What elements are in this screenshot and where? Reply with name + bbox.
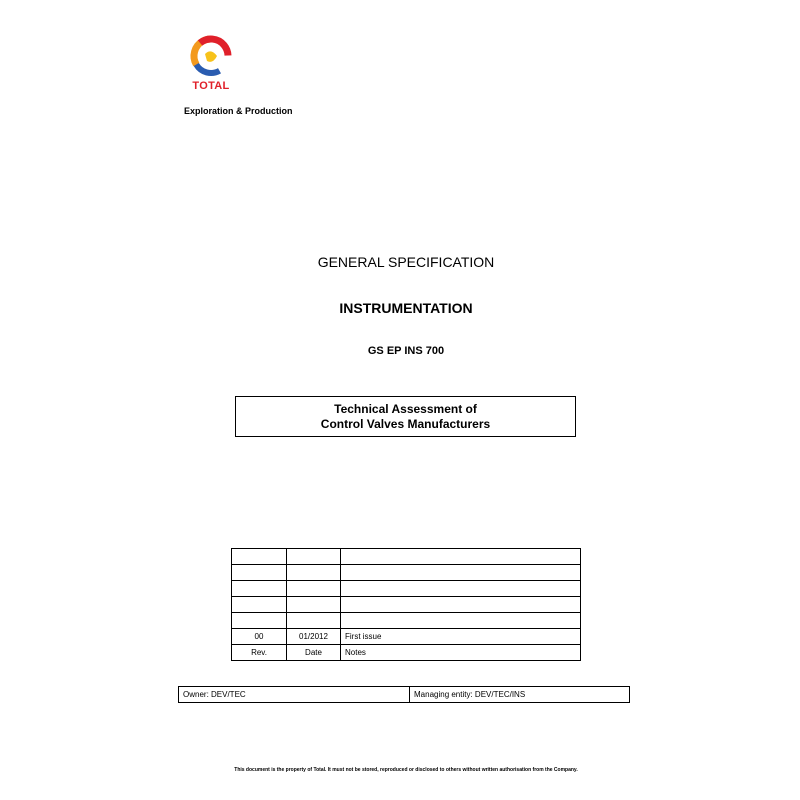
owner-cell: Owner: DEV/TEC (179, 687, 410, 703)
document-subject: Technical Assessment of Control Valves M… (235, 396, 576, 437)
rev-cell: 00 (232, 629, 287, 645)
table-row (232, 613, 581, 629)
ownership-table: Owner: DEV/TEC Managing entity: DEV/TEC/… (178, 686, 630, 703)
document-reference: GS EP INS 700 (0, 345, 800, 357)
table-row: Owner: DEV/TEC Managing entity: DEV/TEC/… (179, 687, 630, 703)
rev-cell (232, 565, 287, 581)
document-discipline: INSTRUMENTATION (0, 300, 800, 316)
document-type: GENERAL SPECIFICATION (0, 254, 800, 270)
rev-cell (232, 597, 287, 613)
revision-table: 0001/2012First issue Rev.DateNotes (231, 548, 581, 661)
notes-cell (341, 549, 581, 565)
notes-cell (341, 581, 581, 597)
notes-cell (341, 565, 581, 581)
date-header: Date (287, 645, 341, 661)
table-row (232, 597, 581, 613)
subject-line: Technical Assessment of (334, 402, 477, 417)
table-row: 0001/2012First issue (232, 629, 581, 645)
date-cell (287, 581, 341, 597)
company-name: TOTAL (185, 80, 237, 92)
table-row (232, 565, 581, 581)
confidentiality-notice: This document is the property of Total. … (0, 767, 800, 773)
date-cell: 01/2012 (287, 629, 341, 645)
notes-cell (341, 597, 581, 613)
rev-cell (232, 613, 287, 629)
division-label: Exploration & Production (184, 106, 293, 116)
date-cell (287, 613, 341, 629)
notes-header: Notes (341, 645, 581, 661)
subject-line: Control Valves Manufacturers (321, 417, 490, 432)
rev-header: Rev. (232, 645, 287, 661)
date-cell (287, 597, 341, 613)
table-row (232, 581, 581, 597)
notes-cell: First issue (341, 629, 581, 645)
table-row (232, 549, 581, 565)
managing-entity-cell: Managing entity: DEV/TEC/INS (410, 687, 630, 703)
total-logo-icon (189, 34, 233, 78)
notes-cell (341, 613, 581, 629)
table-header-row: Rev.DateNotes (232, 645, 581, 661)
date-cell (287, 565, 341, 581)
rev-cell (232, 549, 287, 565)
date-cell (287, 549, 341, 565)
rev-cell (232, 581, 287, 597)
